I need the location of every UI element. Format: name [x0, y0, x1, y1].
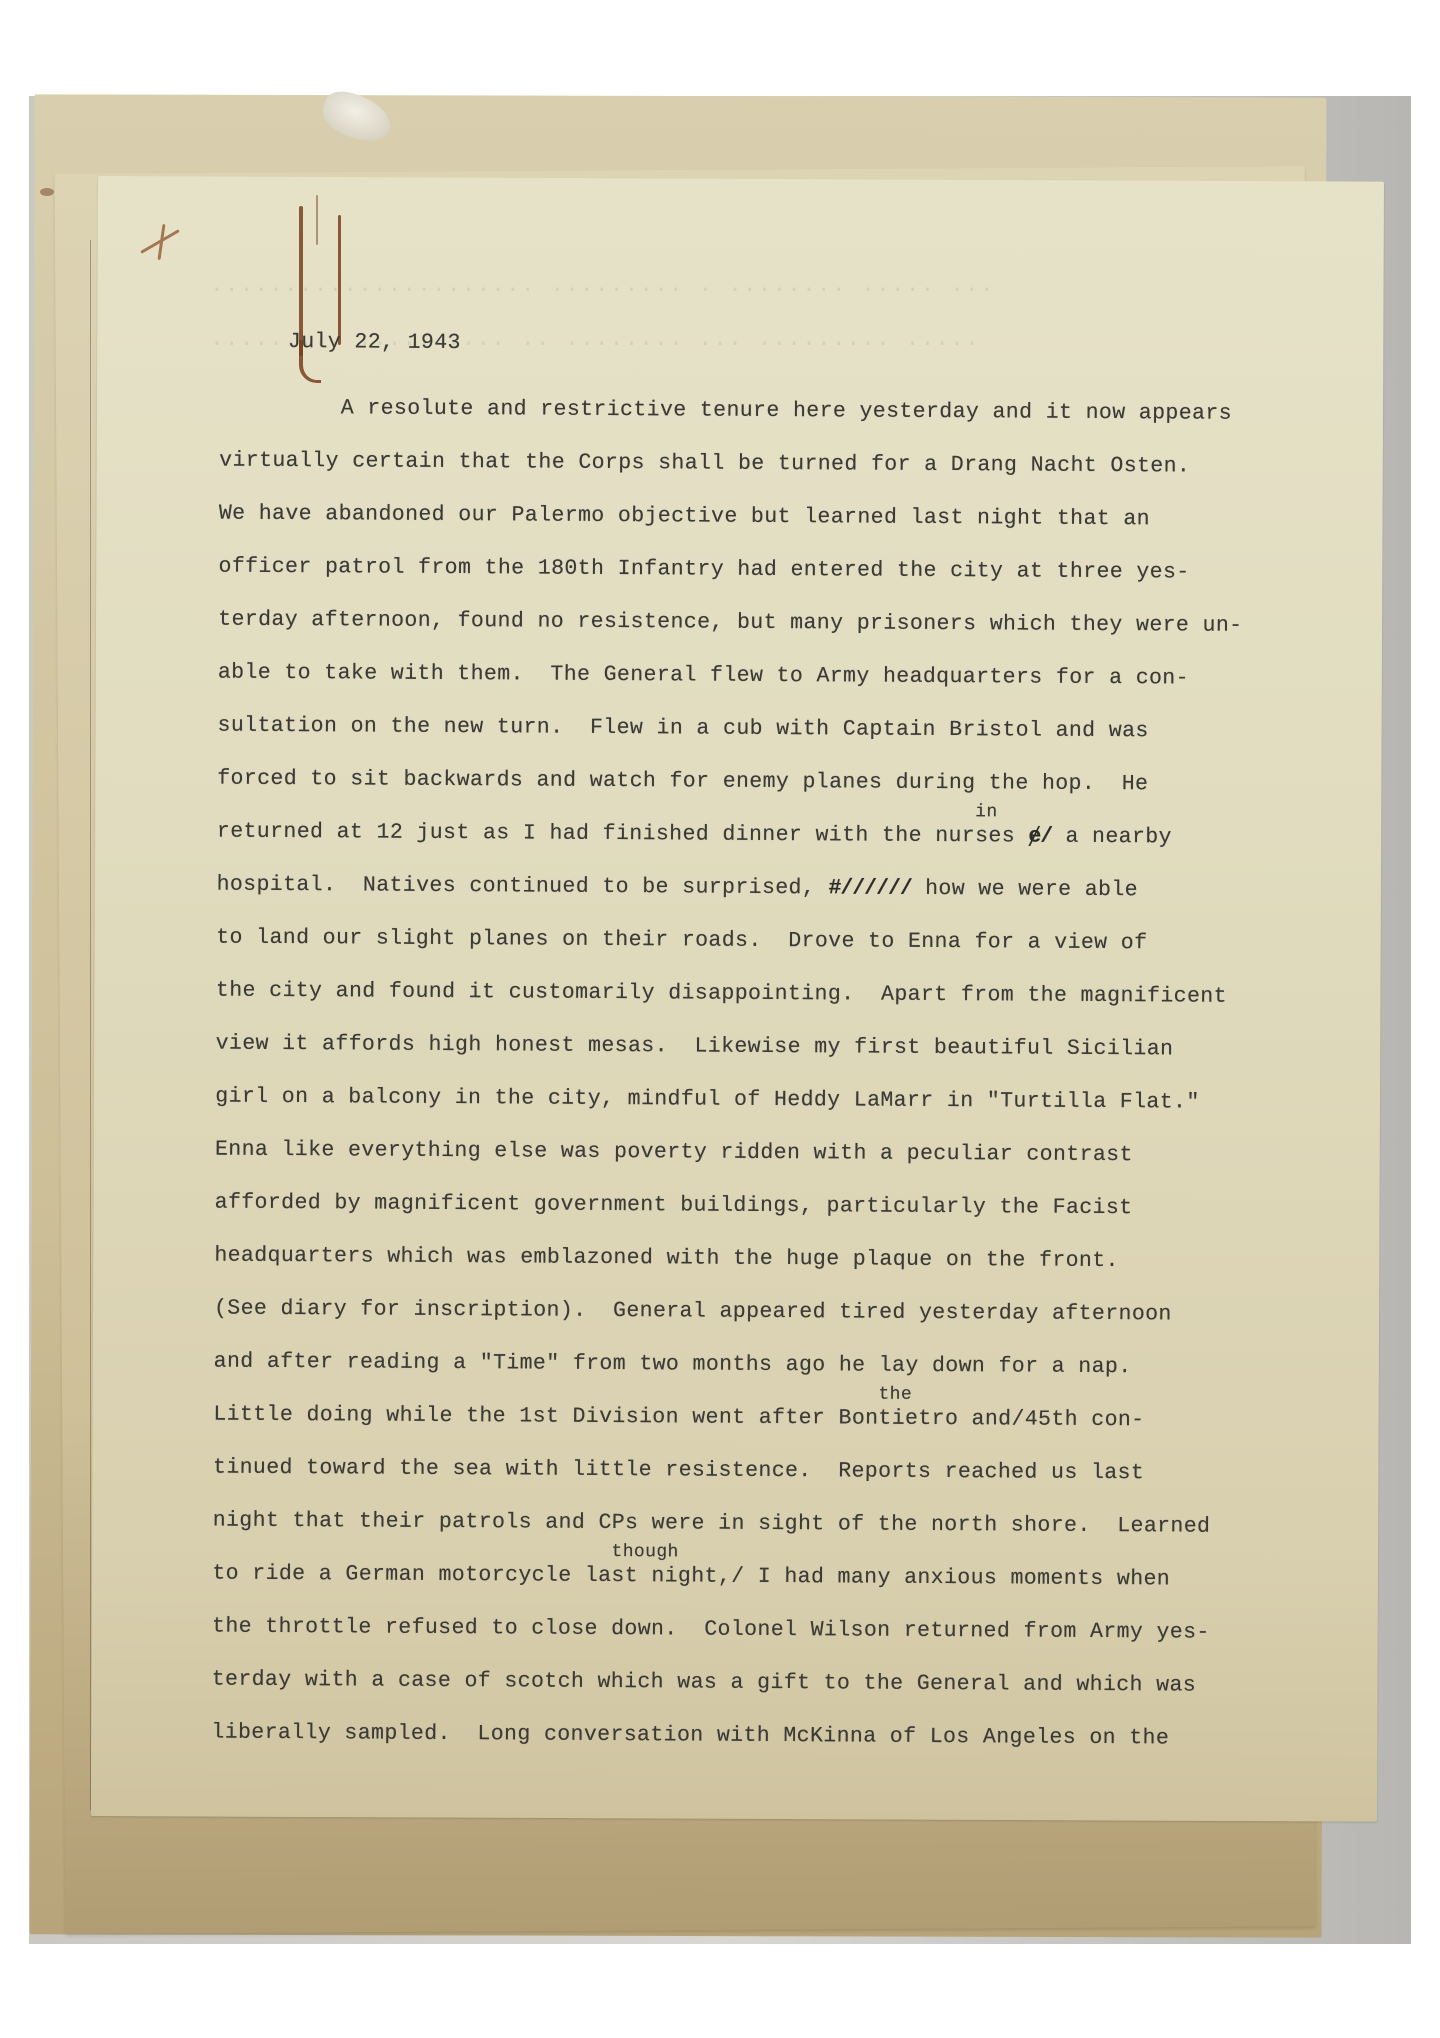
interlinear-insertion: in	[975, 802, 998, 822]
staple-rust-mark	[316, 195, 318, 245]
rust-stain	[40, 188, 54, 196]
interlinear-insertion: though	[611, 1542, 678, 1562]
strikeout: ɇ/	[1028, 825, 1052, 849]
interlinear-insertion: the	[878, 1385, 912, 1405]
margin-rule	[90, 240, 91, 1810]
rust-stain-mark	[128, 222, 188, 262]
diary-date: July 22, 1943	[288, 330, 461, 355]
staple-rust-mark	[338, 215, 341, 345]
strikeout: #//////	[828, 876, 911, 901]
